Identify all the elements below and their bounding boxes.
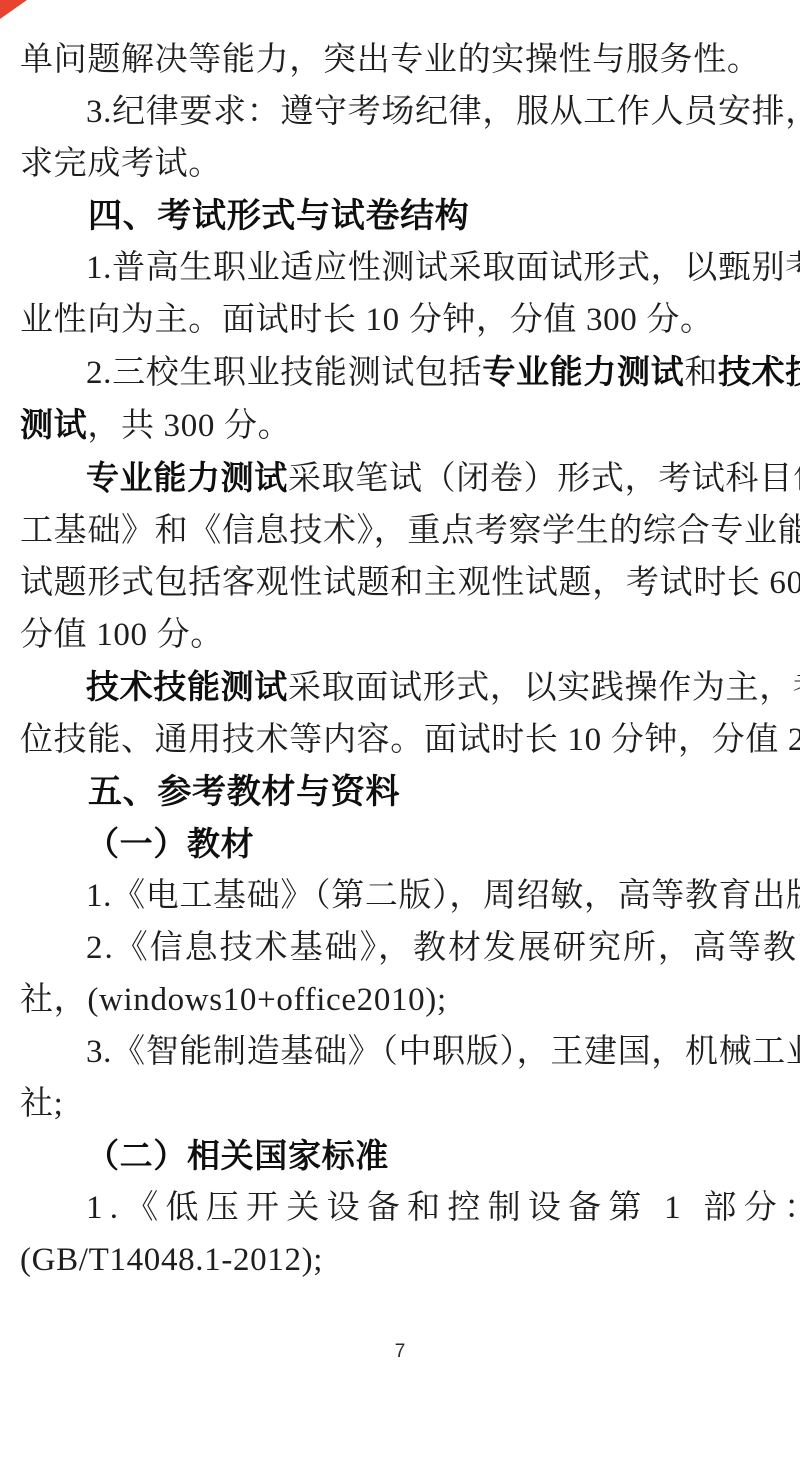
bold-text-run: 专业能力测试 — [482, 353, 684, 390]
text-run: 采取笔试（闭卷）形式，考试科目包括《电 — [288, 461, 800, 497]
text-run: 试题形式包括客观性试题和主观性试题，考试时长 60 分钟， — [20, 565, 800, 601]
text-line: 社，(windows10+office2010); — [20, 974, 782, 1026]
text-line: 试题形式包括客观性试题和主观性试题，考试时长 60 分钟， — [20, 557, 782, 609]
text-run: 3.《智能制造基础》（中职版），王建国，机械工业出版 — [86, 1034, 800, 1070]
text-line: 2.《信息技术基础》，教材发展研究所，高等教育出版 — [20, 922, 782, 974]
text-run: 采取面试形式，以实践操作为主，考核岗 — [288, 670, 800, 706]
text-line: 位技能、通用技术等内容。面试时长 10 分钟，分值 200 分。 — [20, 714, 782, 766]
text-line: 3.纪律要求：遵守考场纪律，服从工作人员安排，按要 — [20, 86, 782, 138]
text-run: 1.《低压开关设备和控制设备第 1 部分：总则》 — [86, 1190, 800, 1226]
red-corner-mark — [0, 0, 27, 19]
bold-text-run: 技术技能测试 — [86, 668, 288, 705]
text-line: 社; — [20, 1078, 782, 1130]
section-heading: 四、考试形式与试卷结构 — [20, 190, 782, 242]
text-run: 五、参考教材与资料 — [88, 773, 400, 811]
page-footer: 7 — [0, 1340, 800, 1364]
text-line: 单问题解决等能力，突出专业的实操性与服务性。 — [20, 34, 782, 86]
text-run: 单问题解决等能力，突出专业的实操性与服务性。 — [20, 42, 761, 78]
text-run: 2.《信息技术基础》，教材发展研究所，高等教育出版 — [86, 930, 800, 966]
text-run: 社，(windows10+office2010); — [20, 982, 447, 1018]
text-line: 2.三校生职业技能测试包括专业能力测试和技术技能 — [20, 346, 782, 399]
sub-section-heading: （二）相关国家标准 — [20, 1130, 782, 1182]
text-run: 1.《电工基础》（第二版），周绍敏，高等教育出版社; — [86, 878, 800, 914]
text-line: 1.《低压开关设备和控制设备第 1 部分：总则》 — [20, 1182, 782, 1234]
bold-text-run: 专业能力测试 — [86, 459, 288, 496]
page-number: 7 — [395, 1341, 406, 1362]
text-run: 社; — [20, 1086, 64, 1122]
text-line: 工基础》和《信息技术》，重点考察学生的综合专业能力。 — [20, 505, 782, 557]
sub-section-heading: （一）教材 — [20, 818, 782, 870]
text-line: 专业能力测试采取笔试（闭卷）形式，考试科目包括《电 — [20, 452, 782, 505]
text-line: 测试，共 300 分。 — [20, 399, 782, 452]
bold-text-run: 测试 — [20, 406, 87, 443]
text-line: 3.《智能制造基础》（中职版），王建国，机械工业出版 — [20, 1026, 782, 1078]
text-line: 1.《电工基础》（第二版），周绍敏，高等教育出版社; — [20, 870, 782, 922]
text-run: （二）相关国家标准 — [86, 1137, 389, 1174]
text-run: 工基础》和《信息技术》，重点考察学生的综合专业能力。 — [20, 513, 800, 549]
text-run: 1.普高生职业适应性测试采取面试形式，以甄别考生职 — [86, 250, 800, 286]
text-line: (GB/T14048.1-2012); — [20, 1234, 782, 1286]
text-run: 求完成考试。 — [20, 146, 222, 182]
text-run: ，共 300 分。 — [87, 408, 291, 444]
text-run: 业性向为主。面试时长 10 分钟，分值 300 分。 — [20, 302, 714, 338]
document-page: 单问题解决等能力，突出专业的实操性与服务性。3.纪律要求：遵守考场纪律，服从工作… — [0, 0, 800, 1457]
bold-text-run: 技术技能 — [718, 353, 800, 390]
text-line: 1.普高生职业适应性测试采取面试形式，以甄别考生职 — [20, 242, 782, 294]
text-run: 位技能、通用技术等内容。面试时长 10 分钟，分值 200 分。 — [20, 722, 800, 758]
text-run: 分值 100 分。 — [20, 617, 224, 653]
text-run: 四、考试形式与试卷结构 — [88, 197, 469, 235]
text-line: 求完成考试。 — [20, 138, 782, 190]
document-body: 单问题解决等能力，突出专业的实操性与服务性。3.纪律要求：遵守考场纪律，服从工作… — [20, 34, 782, 1286]
section-heading: 五、参考教材与资料 — [20, 766, 782, 818]
text-run: （一）教材 — [86, 825, 254, 862]
text-line: 技术技能测试采取面试形式，以实践操作为主，考核岗 — [20, 661, 782, 714]
text-line: 分值 100 分。 — [20, 609, 782, 661]
text-line: 业性向为主。面试时长 10 分钟，分值 300 分。 — [20, 294, 782, 346]
text-run: (GB/T14048.1-2012); — [20, 1242, 323, 1278]
text-run: 和 — [684, 355, 718, 391]
text-run: 3.纪律要求：遵守考场纪律，服从工作人员安排，按要 — [86, 94, 800, 130]
text-run: 2.三校生职业技能测试包括 — [86, 355, 482, 391]
